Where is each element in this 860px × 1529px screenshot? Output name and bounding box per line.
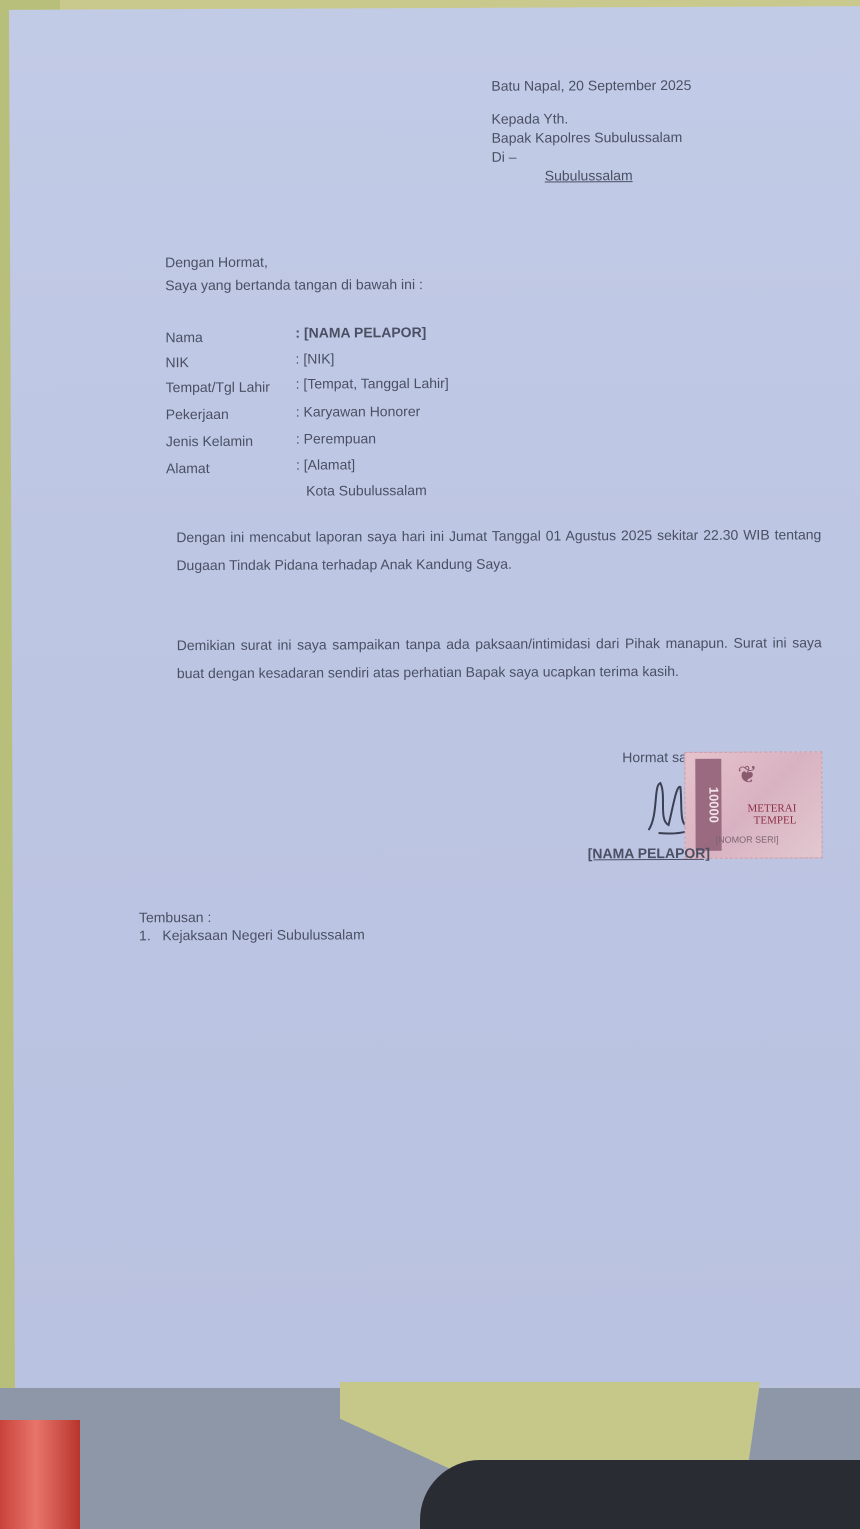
intro-line: Saya yang bertanda tangan di bawah ini : [165, 276, 423, 293]
dark-object [420, 1460, 860, 1529]
identity-value-name: : [NAMA PELAPOR] [295, 324, 426, 341]
stamp-serial: [NOMOR SERI] [716, 835, 779, 845]
signatory-name: [NAMA PELAPOR] [588, 845, 710, 862]
body-paragraph-1: Dengan ini mencabut laporan saya hari in… [176, 520, 821, 579]
recipient-city: Subulussalam [545, 167, 633, 183]
identity-value-gender: : Perempuan [296, 430, 376, 446]
identity-value-job: : Karyawan Honorer [296, 403, 421, 420]
garuda-emblem-icon: ❦ [737, 761, 757, 790]
recipient-salutation: Kepada Yth. [491, 110, 568, 126]
greeting: Dengan Hormat, [165, 254, 268, 270]
identity-block: Nama : [NAMA PELAPOR] NIK : [NIK] Tempat… [9, 6, 860, 10]
identity-label: Jenis Kelamin [166, 433, 253, 449]
cc-item: 1. Kejaksaan Negeri Subulussalam [139, 926, 365, 943]
letter-page: Batu Napal, 20 September 2025 Kepada Yth… [9, 6, 860, 1390]
revenue-stamp: 10000 ❦ METERAI TEMPEL [NOMOR SERI] [684, 751, 822, 859]
identity-label: Tempat/Tgl Lahir [166, 379, 270, 395]
stamp-label: METERAI TEMPEL [747, 802, 796, 826]
identity-value-nik: : [NIK] [295, 350, 334, 366]
cc-title: Tembusan : [139, 909, 211, 925]
identity-label: Pekerjaan [166, 406, 229, 422]
identity-label: NIK [165, 354, 188, 370]
identity-label: Alamat [166, 460, 210, 476]
recipient-di: Di – [492, 149, 517, 165]
identity-value-address: : [Alamat] [296, 456, 355, 472]
body-paragraph-2: Demikian surat ini saya sampaikan tanpa … [177, 628, 822, 687]
identity-value-birth: : [Tempat, Tanggal Lahir] [296, 375, 449, 392]
place-date: Batu Napal, 20 September 2025 [491, 77, 691, 94]
red-object [0, 1420, 80, 1529]
recipient-addressee: Bapak Kapolres Subulussalam [492, 129, 683, 146]
identity-label: Nama [165, 329, 202, 345]
identity-value-address-line2: Kota Subulussalam [306, 482, 427, 499]
